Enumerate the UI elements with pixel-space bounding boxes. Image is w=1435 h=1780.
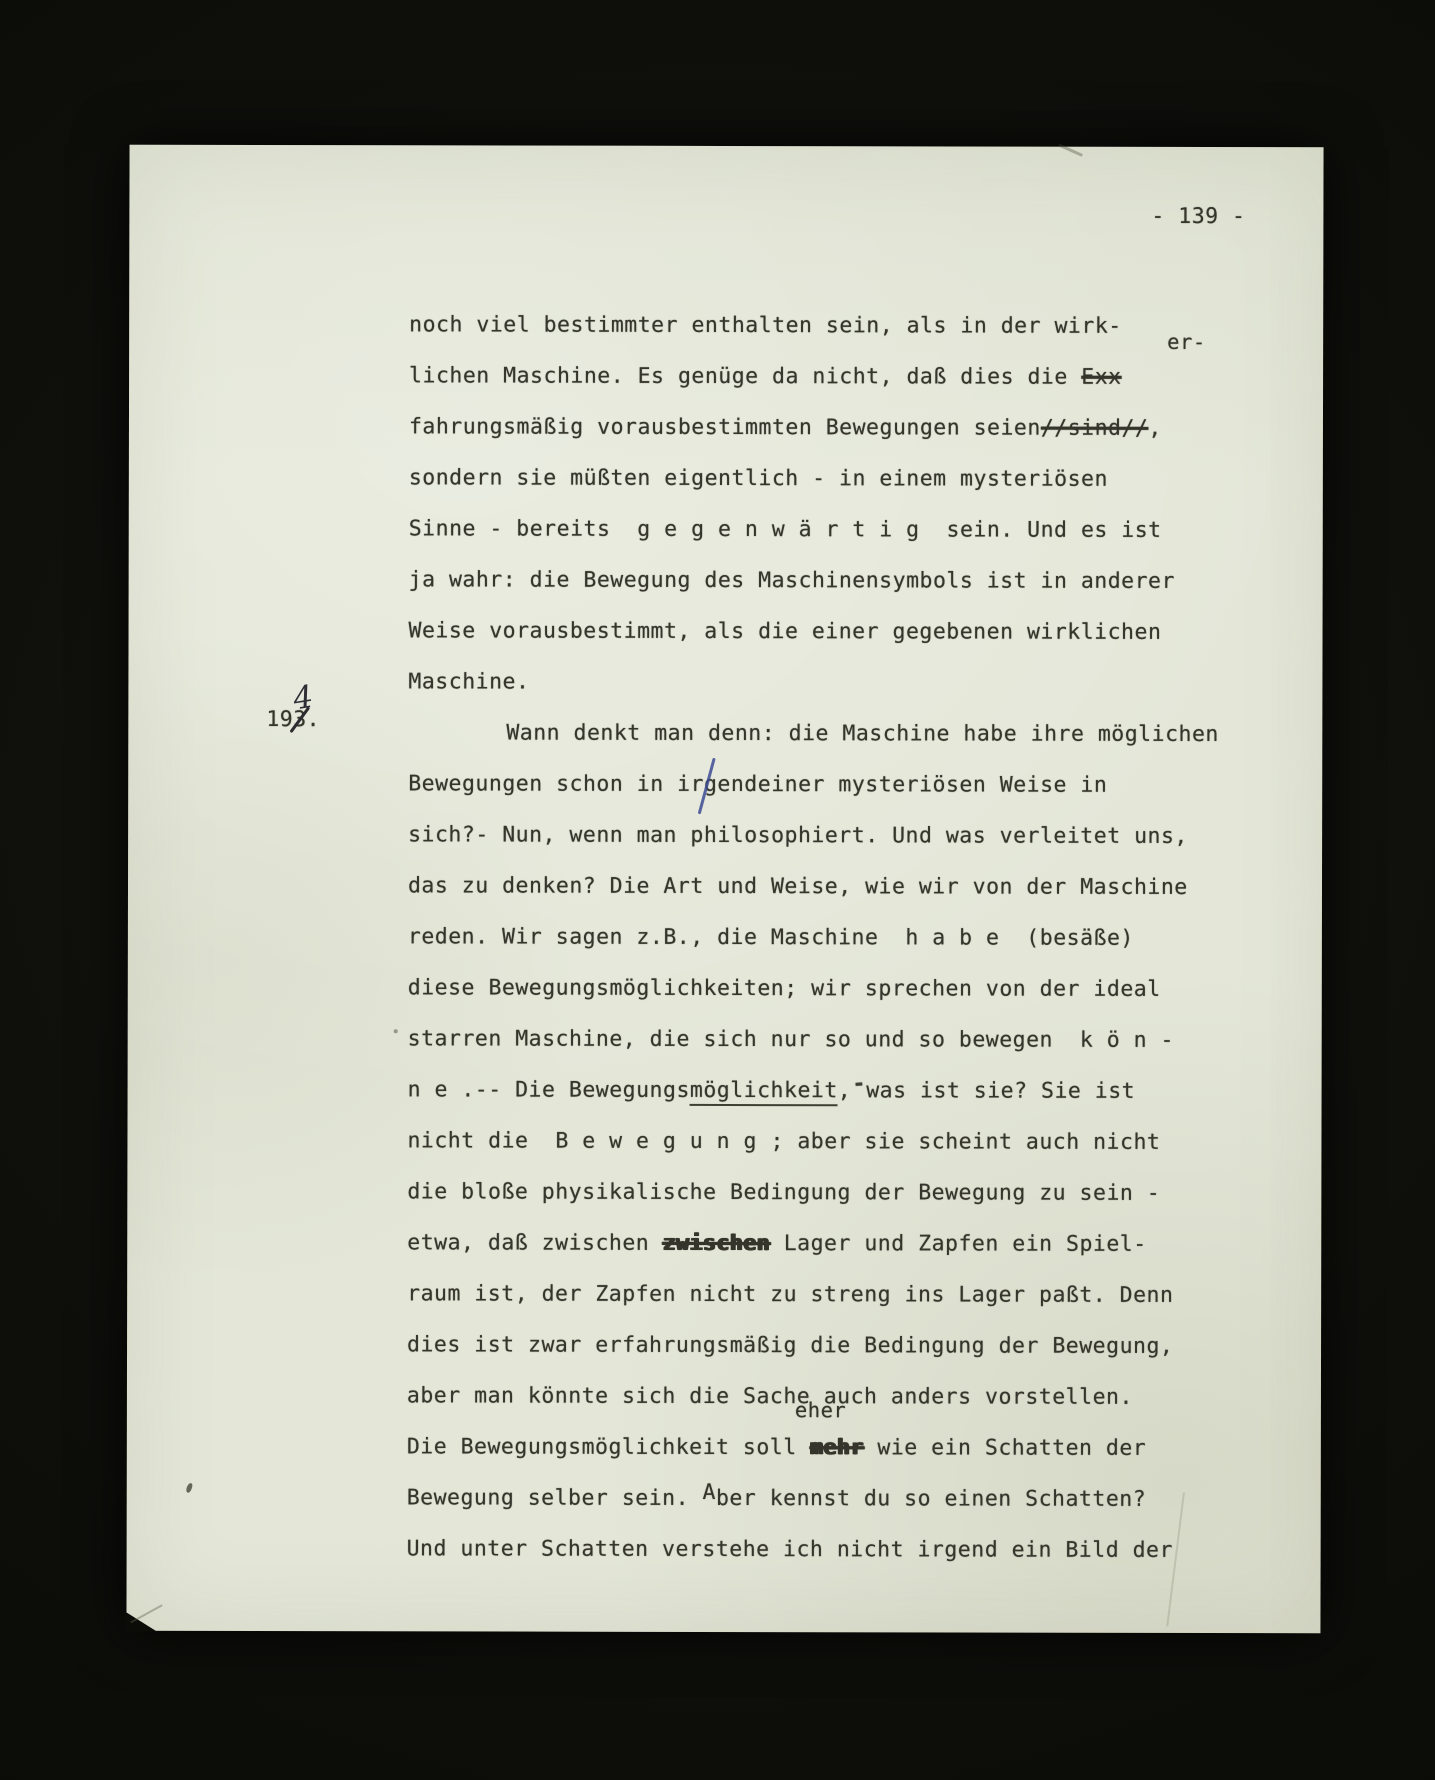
photo-of-typescript-page: - 139 - 193.4 noch viel bestimmter entha… [0, 0, 1435, 1780]
typed-text: lichen Maschine. Es genüge da nicht, daß… [409, 363, 1081, 389]
typed-line: starren Maschine, die sich nur so und so… [408, 1013, 1218, 1066]
typed-line: Weise vorausbestimmt, als die einer gege… [408, 605, 1218, 658]
ink-speck [185, 1482, 193, 1493]
typed-line: Wann denkt man denn: die Maschine habe i… [408, 707, 1218, 760]
interline-insertion-er: er- [1167, 330, 1206, 354]
typed-text: etwa, daß zwischen [407, 1230, 663, 1256]
typed-text: dies ist zwar erfahrungsmäßig die Beding… [407, 1332, 1173, 1359]
typed-line: n e .-- Die Bewegungsmöglichkeit,-was is… [408, 1064, 1218, 1117]
paper-sheet: - 139 - 193.4 noch viel bestimmter entha… [126, 145, 1323, 1633]
typed-line: lichen Maschine. Es genüge da nicht, daß… [409, 350, 1219, 403]
typed-line: das zu denken? Die Art und Weise, wie wi… [408, 860, 1218, 913]
typed-text: ja wahr: die Bewegung des Maschinensymbo… [409, 567, 1175, 594]
typed-text: ber kennst du so einen Schatten? [716, 1486, 1146, 1512]
typed-line: Die Bewegungsmöglichkeit soll mehr wie e… [407, 1421, 1217, 1474]
overtyped-text: mehr [810, 1435, 864, 1460]
underlined-text: möglichkeit [690, 1078, 838, 1106]
typed-line: sondern sie müßten eigentlich - in einem… [409, 452, 1219, 505]
typed-line: nicht die B e w e g u n g ; aber sie sch… [407, 1115, 1217, 1168]
text-block: noch viel bestimmter enthalten sein, als… [407, 299, 1220, 1576]
ink-speck [394, 1029, 398, 1033]
typed-text: das zu denken? Die Art und Weise, wie wi… [408, 873, 1188, 900]
typed-text: diese Bewegungsmöglichkeiten; wir sprech… [408, 975, 1161, 1002]
typed-line: die bloße physikalische Bedingung der Be… [407, 1166, 1217, 1219]
typed-text: Bewegung selber sein. [407, 1485, 703, 1511]
typed-text: , [838, 1078, 852, 1103]
struck-text: //sind// [1041, 416, 1149, 441]
page-number: - 139 - [1151, 204, 1245, 229]
typed-text: was ist sie? Sie ist [866, 1078, 1135, 1104]
typed-text: reden. Wir sagen z.B., die Maschine h a … [408, 924, 1134, 951]
typed-line: etwa, daß zwischen zwischen Lager und Za… [407, 1217, 1217, 1270]
typed-line: reden. Wir sagen z.B., die Maschine h a … [408, 911, 1218, 964]
handwritten-correction-digit: 4 [291, 679, 316, 718]
typed-line: Und unter Schatten verstehe ich nicht ir… [407, 1523, 1217, 1576]
typed-text: wie ein Schatten der [864, 1435, 1146, 1461]
typed-line: noch viel bestimmter enthalten sein, als… [409, 299, 1219, 352]
typed-line: dies ist zwar erfahrungsmäßig die Beding… [407, 1319, 1217, 1372]
typed-text: die bloße physikalische Bedingung der Be… [407, 1179, 1160, 1206]
typed-text: fahrungsmäßig vorausbestimmten Bewegunge… [409, 414, 1041, 440]
typed-text: sondern sie müßten eigentlich - in einem… [409, 465, 1108, 491]
paper-scratch [1058, 144, 1083, 157]
typed-text: Maschine. [408, 669, 529, 694]
typed-text: Weise vorausbestimmt, als die einer gege… [409, 618, 1162, 645]
typed-text: , [1148, 416, 1162, 441]
typed-line: Sinne - bereits g e g e n w ä r t i g se… [409, 503, 1219, 556]
typed-line: Maschine. [408, 656, 1218, 709]
margin-number: 193.4 [266, 707, 320, 732]
typed-line: Bewegungen schon in irgendeiner mysteriö… [408, 758, 1218, 811]
handwritten-dash: - [850, 1058, 868, 1110]
typed-line: Bewegung selber sein. Aber kennst du so … [407, 1472, 1217, 1525]
typed-text: sich?- Nun, wenn man philosophiert. Und … [408, 822, 1188, 849]
typed-line: ja wahr: die Bewegung des Maschinensymbo… [409, 554, 1219, 607]
typed-line: sich?- Nun, wenn man philosophiert. Und … [408, 809, 1218, 862]
typed-text: Und unter Schatten verstehe ich nicht ir… [407, 1536, 1173, 1563]
typed-text: Bewegungen schon in irgendeiner mysteriö… [408, 771, 1107, 797]
interline-insertion-eher: eher [795, 1398, 846, 1422]
typed-text: Sinne - bereits g e g e n w ä r t i g se… [409, 516, 1162, 543]
typed-text: nicht die B e w e g u n g ; aber sie sch… [407, 1128, 1160, 1155]
typed-text: starren Maschine, die sich nur so und so… [408, 1026, 1174, 1053]
typed-line: fahrungsmäßig vorausbestimmten Bewegunge… [409, 401, 1219, 454]
margin-number-prefix: 19 [266, 707, 293, 732]
typed-line: diese Bewegungsmöglichkeiten; wir sprech… [408, 962, 1218, 1015]
struck-text: Exx [1081, 365, 1121, 390]
overtyped-text: zwischen [663, 1231, 771, 1256]
typed-text: Wann denkt man denn: die Maschine habe i… [506, 721, 1219, 747]
typed-text: raum ist, der Zapfen nicht zu streng ins… [407, 1281, 1173, 1308]
typed-text: noch viel bestimmter enthalten sein, als… [409, 312, 1122, 338]
typed-line: raum ist, der Zapfen nicht zu streng ins… [407, 1268, 1217, 1321]
raised-letter: A [702, 1480, 716, 1505]
typed-text: n e .-- Die Bewegungs [408, 1077, 690, 1103]
typed-text: Die Bewegungsmöglichkeit soll [407, 1434, 810, 1460]
typed-text: Lager und Zapfen ein Spiel- [770, 1231, 1146, 1257]
typed-text: aber man könnte sich die Sache auch ande… [407, 1383, 1133, 1410]
